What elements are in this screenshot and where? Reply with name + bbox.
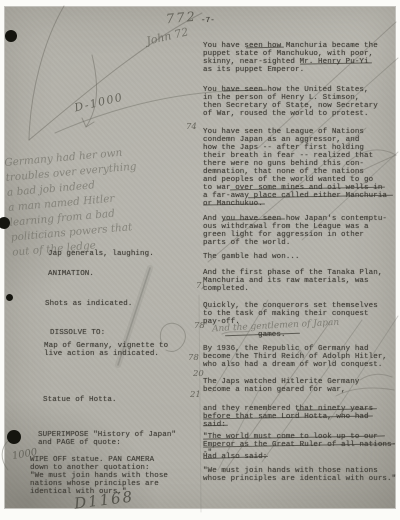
handwritten-number-772: 772 [165, 10, 197, 28]
shot-number-78a: 78' [194, 321, 207, 331]
cue-wipe-off: WIPE OFF statue. PAN CAMERA down to anot… [30, 456, 168, 496]
shot-number-21: 21 [190, 390, 201, 400]
shot-number-20: 20 [193, 369, 204, 379]
narration-p5: The gamble had won... [203, 253, 300, 261]
margin-note-block: Germany had her own troubles over everyt… [4, 140, 192, 260]
punch-dot-3 [6, 294, 13, 301]
cue-jap-generals: Jap generals, laughing. [48, 250, 154, 258]
shot-number-74: 74 [186, 122, 197, 132]
shot-number-7: 7) [196, 281, 205, 291]
cue-dissolve: DISSOLVE TO: [50, 329, 105, 337]
page-number: -7- [201, 17, 215, 25]
shot-number-78b: 78 [188, 353, 199, 363]
narration-p8: By 1936, the Republic of Germany had bec… [203, 345, 387, 369]
narration-p1: You have seen how Manchuria became the p… [203, 42, 378, 74]
cue-shots: Shots as indicated. [45, 300, 132, 308]
cue-superimpose: SUPERIMPOSE "History of Japan" and PAGE … [38, 431, 176, 447]
punch-dot-1 [5, 30, 17, 42]
cue-statue-hotta: Statue of Hotta. [43, 396, 117, 404]
cue-map-germany: Map of Germany, vignette to live action … [44, 342, 168, 358]
narration-p13: "We must join hands with those nations w… [203, 467, 396, 483]
punch-dot-4 [7, 430, 21, 444]
scanned-script-page: -7- 772 John 72 D-1000 Germany had her o… [0, 0, 400, 520]
narration-p6: And the first phase of the Tanaka Plan, … [203, 269, 382, 293]
narration-p9: The Japs watched Hitlerite Germany becom… [203, 378, 359, 394]
cue-animation: ANIMATION. [48, 270, 94, 278]
